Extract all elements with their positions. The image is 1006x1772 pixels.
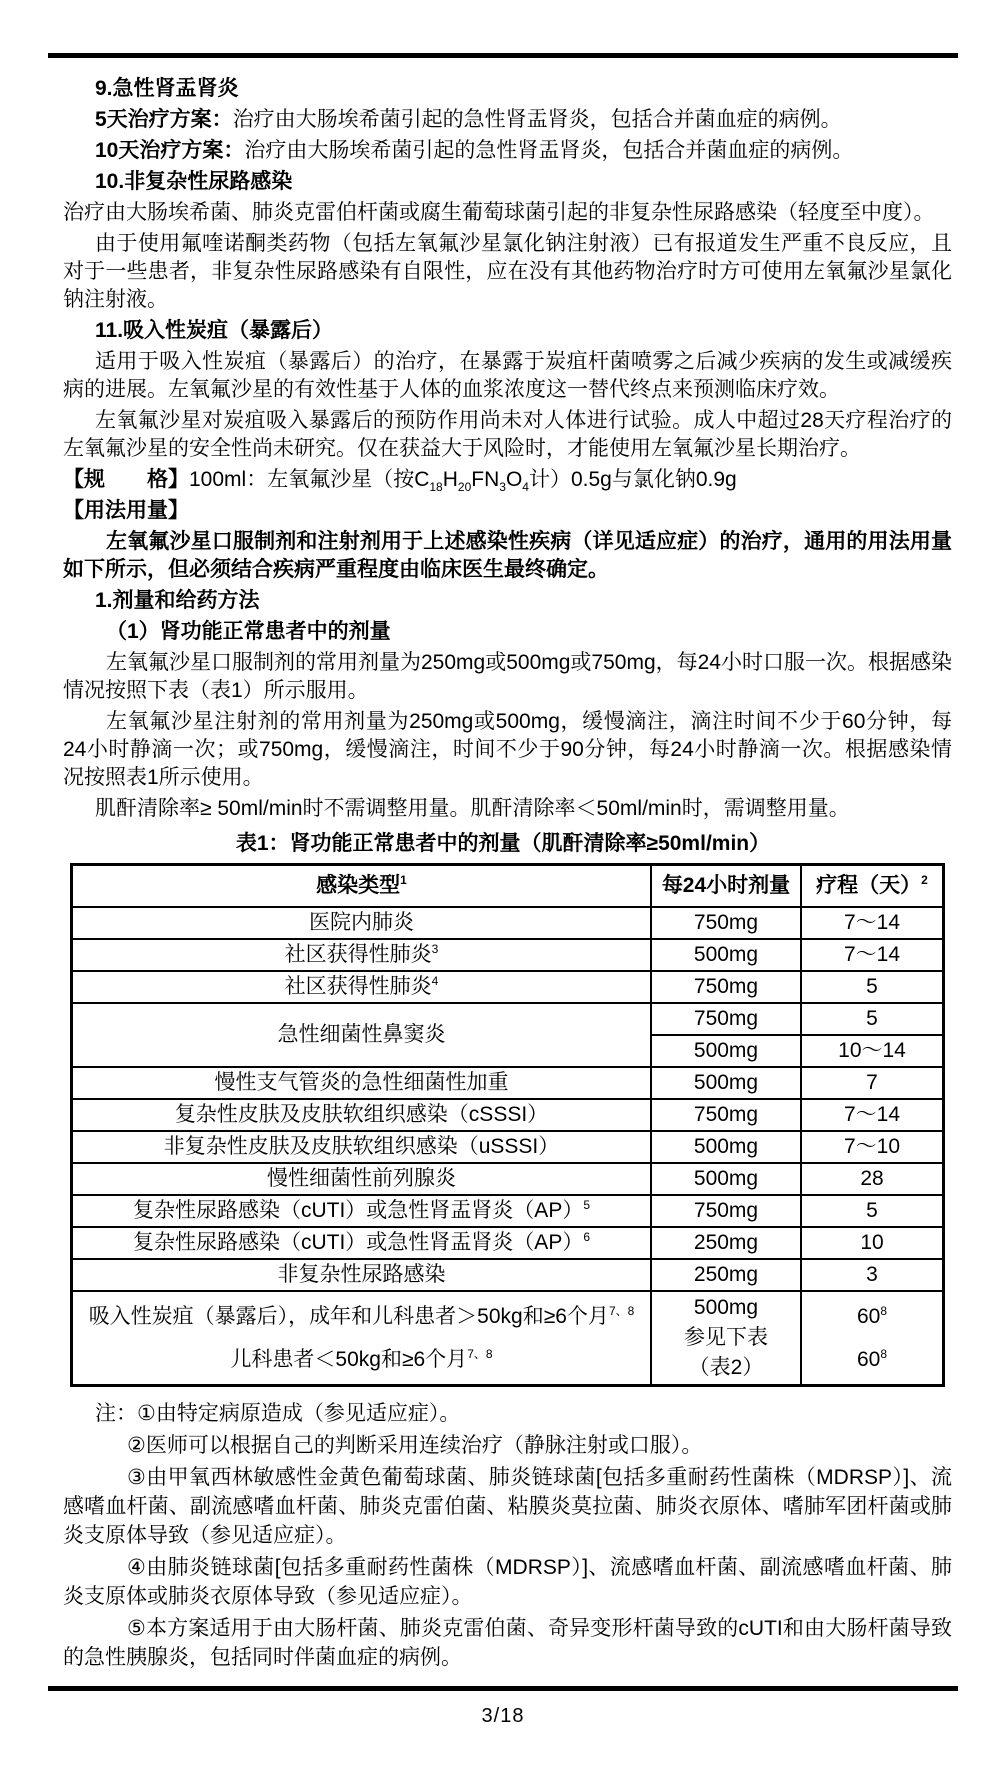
table-cell: 社区获得性肺炎4 <box>72 971 652 1003</box>
text-run: 7～14 <box>844 1103 900 1126</box>
text-run: 治疗由大肠埃希菌、肺炎克雷伯杆菌或腐生葡萄球菌引起的非复杂性尿路感染（轻度至中度… <box>63 201 935 224</box>
subscript: 20 <box>458 480 471 494</box>
text-run: O <box>506 468 522 491</box>
text-run: 750mg <box>694 975 758 998</box>
superscript: 4 <box>432 974 439 988</box>
text-run: 社区获得性肺炎 <box>285 975 432 998</box>
text-run: 慢性细菌性前列腺炎 <box>267 1167 456 1190</box>
heading-normal-renal: （1）肾功能正常患者中的剂量 <box>63 618 952 646</box>
table-row: 非复杂性尿路感染250mg3 <box>72 1259 944 1291</box>
text-run: 非复杂性尿路感染 <box>278 1263 446 1286</box>
table-cell: 5 <box>801 1003 944 1035</box>
table-cell: 社区获得性肺炎3 <box>72 939 652 971</box>
text-run: 10～14 <box>838 1039 906 1062</box>
table-cell: 7～14 <box>801 907 944 939</box>
note-2: ②医师可以根据自己的判断采用连续治疗（静脉注射或口服）。 <box>63 1431 952 1460</box>
text-run: 750mg <box>694 1103 758 1126</box>
text-run: 急性细菌性鼻窦炎 <box>278 1023 446 1046</box>
table-cell: 复杂性皮肤及皮肤软组织感染（cSSSI） <box>72 1099 652 1131</box>
subscript: 3 <box>499 480 506 494</box>
paragraph: 左氧氟沙星对炭疽吸入暴露后的预防作用尚未对人体进行试验。成人中超过28天疗程治疗… <box>63 407 952 463</box>
paragraph-5day: 5天治疗方案：治疗由大肠埃希菌引起的急性肾盂肾炎，包括合并菌血症的病例。 <box>63 106 952 134</box>
table-header-cell: 疗程（天）2 <box>801 865 944 908</box>
text-run: 复杂性皮肤及皮肤软组织感染（cSSSI） <box>175 1103 548 1126</box>
text-run: 11.吸入性炭疽（暴露后） <box>95 319 333 342</box>
table-cell: 非复杂性皮肤及皮肤软组织感染（uSSSI） <box>72 1131 652 1163</box>
top-border-rule <box>48 53 958 58</box>
text-run: 60 <box>857 1305 880 1328</box>
heading-dosage-method: 1.剂量和给药方法 <box>63 587 952 615</box>
text-run: 医院内肺炎 <box>309 911 414 934</box>
paragraph: 肌酐清除率≥ 50ml/min时不需调整用量。肌酐清除率＜50ml/min时，需… <box>63 795 952 823</box>
text-run: 10天治疗方案： <box>95 139 244 162</box>
table-cell: 复杂性尿路感染（cUTI）或急性肾盂肾炎（AP）5 <box>72 1195 652 1227</box>
superscript: 3 <box>432 942 439 956</box>
table-row: 社区获得性肺炎4750mg5 <box>72 971 944 1003</box>
text-run: 1.剂量和给药方法 <box>95 589 260 612</box>
text-run: 复杂性尿路感染（cUTI）或急性肾盂肾炎（AP） <box>133 1231 583 1254</box>
text-run: （表2） <box>689 1356 764 1379</box>
table-header-cell: 每24小时剂量 <box>651 865 801 908</box>
superscript: 2 <box>921 873 928 887</box>
dosage-table-body: 医院内肺炎750mg7～14社区获得性肺炎3500mg7～14社区获得性肺炎47… <box>72 907 944 1386</box>
text-run: 750mg <box>694 911 758 934</box>
table-cell: 急性细菌性鼻窦炎 <box>72 1003 652 1067</box>
text-run: 参见下表 <box>684 1326 768 1349</box>
note-4: ④由肺炎链球菌[包括多重耐药性菌株（MDRSP）]、流感嗜血杆菌、副流感嗜血杆菌… <box>63 1553 952 1611</box>
text-run: 【规 格】 <box>63 468 189 491</box>
table-cell: 500mg参见下表（表2） <box>651 1291 801 1386</box>
text-run: 5 <box>866 1007 878 1030</box>
text-run: 感染类型 <box>316 874 400 897</box>
table-row: 慢性支气管炎的急性细菌性加重500mg7 <box>72 1067 944 1099</box>
table-cell: 3 <box>801 1259 944 1291</box>
table-cell: 复杂性尿路感染（cUTI）或急性肾盂肾炎（AP）6 <box>72 1227 652 1259</box>
table-row: 非复杂性皮肤及皮肤软组织感染（uSSSI）500mg7～10 <box>72 1131 944 1163</box>
table-notes: 注：①由特定病原造成（参见适应症）。②医师可以根据自己的判断采用连续治疗（静脉注… <box>48 1399 958 1672</box>
document-page: 9.急性肾盂肾炎5天治疗方案：治疗由大肠埃希菌引起的急性肾盂肾炎，包括合并菌血症… <box>0 53 1006 1758</box>
table-cell: 500mg <box>651 1067 801 1099</box>
table-cell: 5 <box>801 971 944 1003</box>
text-run: 500mg <box>694 1071 758 1094</box>
table-cell: 500mg <box>651 1131 801 1163</box>
table-cell: 500mg <box>651 939 801 971</box>
text-run: 治疗由大肠埃希菌引起的急性肾盂肾炎，包括合并菌血症的病例。 <box>244 139 853 162</box>
text-run: 7～10 <box>844 1135 900 1158</box>
table-cell: 10～14 <box>801 1035 944 1067</box>
paragraph-10day: 10天治疗方案：治疗由大肠埃希菌引起的急性肾盂肾炎，包括合并菌血症的病例。 <box>63 137 952 165</box>
table-cell: 非复杂性尿路感染 <box>72 1259 652 1291</box>
table-cell: 5 <box>801 1195 944 1227</box>
table-row: 慢性细菌性前列腺炎500mg28 <box>72 1163 944 1195</box>
table-cell: 250mg <box>651 1227 801 1259</box>
text-run: 吸入性炭疽（暴露后），成年和儿科患者＞50kg和≥6个月 <box>89 1305 609 1328</box>
text-run: 由于使用氟喹诺酮类药物（包括左氧氟沙星氯化钠注射液）已有报道发生严重不良反应，且… <box>63 232 952 311</box>
text-run: 250mg <box>694 1263 758 1286</box>
text-run: FN <box>471 468 499 491</box>
text-run: ⑤本方案适用于由大肠杆菌、肺炎克雷伯菌、奇异变形杆菌导致的cUTI和由大肠杆菌导… <box>63 1617 952 1669</box>
table-row: 急性细菌性鼻窦炎750mg5 <box>72 1003 944 1035</box>
text-run: 计）0.5g与氯化钠0.9g <box>529 468 737 491</box>
text-run: 左氧氟沙星口服制剂的常用剂量为250mg或500mg或750mg，每24小时口服… <box>63 651 952 702</box>
superscript: 8 <box>880 1347 887 1361</box>
heading-usage: 【用法用量】 <box>63 497 952 525</box>
table-cell: 500mg <box>651 1035 801 1067</box>
text-run: 250mg <box>694 1231 758 1254</box>
table-cell: 608608 <box>801 1291 944 1386</box>
table-header-cell: 感染类型1 <box>72 865 652 908</box>
text-run: 500mg <box>694 1296 758 1319</box>
note-3: ③由甲氧西林敏感性金黄色葡萄球菌、肺炎链球菌[包括多重耐药性菌株（MDRSP）]… <box>63 1463 952 1550</box>
table-cell: 750mg <box>651 971 801 1003</box>
paragraph: 左氧氟沙星口服制剂的常用剂量为250mg或500mg或750mg，每24小时口服… <box>63 649 952 705</box>
paragraph: 由于使用氟喹诺酮类药物（包括左氧氟沙星氯化钠注射液）已有报道发生严重不良反应，且… <box>63 230 952 314</box>
note-5: ⑤本方案适用于由大肠杆菌、肺炎克雷伯菌、奇异变形杆菌导致的cUTI和由大肠杆菌导… <box>63 1614 952 1672</box>
text-run: 非复杂性皮肤及皮肤软组织感染（uSSSI） <box>164 1135 560 1158</box>
paragraph: 左氧氟沙星注射剂的常用剂量为250mg或500mg，缓慢滴注，滴注时间不少于60… <box>63 708 952 792</box>
text-run: 左氧氟沙星口服制剂和注射剂用于上述感染性疾病（详见适应症）的治疗，通用的用法用量… <box>63 530 952 581</box>
dosage-table: 感染类型1每24小时剂量疗程（天）2 医院内肺炎750mg7～14社区获得性肺炎… <box>70 863 945 1387</box>
text-run: 500mg <box>694 943 758 966</box>
table-cell: 750mg <box>651 907 801 939</box>
text-run: 10 <box>860 1231 883 1254</box>
superscript: 7、8 <box>609 1304 634 1318</box>
text-run: 儿科患者＜50kg和≥6个月 <box>230 1348 467 1371</box>
text-run: 疗程（天） <box>816 874 921 897</box>
text-run: 5 <box>866 975 878 998</box>
table-row: 吸入性炭疽（暴露后），成年和儿科患者＞50kg和≥6个月7、8儿科患者＜50kg… <box>72 1291 944 1386</box>
text-run: 28 <box>860 1167 883 1190</box>
table-cell: 750mg <box>651 1099 801 1131</box>
table-cell: 吸入性炭疽（暴露后），成年和儿科患者＞50kg和≥6个月7、8儿科患者＜50kg… <box>72 1291 652 1386</box>
superscript: 8 <box>880 1304 887 1318</box>
paragraph: 治疗由大肠埃希菌、肺炎克雷伯杆菌或腐生葡萄球菌引起的非复杂性尿路感染（轻度至中度… <box>63 199 952 227</box>
text-run: 750mg <box>694 1007 758 1030</box>
note-1: 注：①由特定病原造成（参见适应症）。 <box>63 1399 952 1428</box>
dosage-table-head: 感染类型1每24小时剂量疗程（天）2 <box>72 865 944 908</box>
heading-11: 11.吸入性炭疽（暴露后） <box>63 317 952 345</box>
text-run: 60 <box>857 1348 880 1371</box>
text-run: （1）肾功能正常患者中的剂量 <box>106 620 391 643</box>
table-cell: 医院内肺炎 <box>72 907 652 939</box>
table-cell: 750mg <box>651 1195 801 1227</box>
text-run: 【用法用量】 <box>63 499 189 522</box>
paragraph: 适用于吸入性炭疽（暴露后）的治疗，在暴露于炭疽杆菌喷雾之后减少疾病的发生或减缓疾… <box>63 348 952 404</box>
table-cell: 500mg <box>651 1163 801 1195</box>
subscript: 18 <box>429 480 442 494</box>
table-row: 医院内肺炎750mg7～14 <box>72 907 944 939</box>
table-row: 复杂性皮肤及皮肤软组织感染（cSSSI）750mg7～14 <box>72 1099 944 1131</box>
table-title: 表1：肾功能正常患者中的剂量（肌酐清除率≥50ml/min） <box>48 827 958 857</box>
text-run: 治疗由大肠埃希菌引起的急性肾盂肾炎，包括合并菌血症的病例。 <box>233 108 842 131</box>
table-cell: 7～14 <box>801 1099 944 1131</box>
text-run: 每24小时剂量 <box>662 874 790 897</box>
text-run: 500mg <box>694 1135 758 1158</box>
heading-9: 9.急性肾盂肾炎 <box>63 75 952 103</box>
text-run: 500mg <box>694 1167 758 1190</box>
table-header-row: 感染类型1每24小时剂量疗程（天）2 <box>72 865 944 908</box>
text-run: 复杂性尿路感染（cUTI）或急性肾盂肾炎（AP） <box>133 1199 583 1222</box>
table-row: 社区获得性肺炎3500mg7～14 <box>72 939 944 971</box>
table-cell: 7～10 <box>801 1131 944 1163</box>
table-cell: 10 <box>801 1227 944 1259</box>
spec-line: 【规 格】100ml：左氧氟沙星（按C18H20FN3O4计）0.5g与氯化钠0… <box>63 466 952 494</box>
text-run: 5天治疗方案： <box>95 108 233 131</box>
bottom-border-rule <box>48 1686 958 1691</box>
text-run: 7～14 <box>844 943 900 966</box>
table-row: 复杂性尿路感染（cUTI）或急性肾盂肾炎（AP）5750mg5 <box>72 1195 944 1227</box>
superscript: 5 <box>583 1198 590 1212</box>
heading-10: 10.非复杂性尿路感染 <box>63 168 952 196</box>
text-run: 750mg <box>694 1199 758 1222</box>
text-run: 100ml：左氧氟沙星（按C <box>189 468 429 491</box>
text-run: 3 <box>866 1263 878 1286</box>
table-cell: 慢性细菌性前列腺炎 <box>72 1163 652 1195</box>
table-cell: 250mg <box>651 1259 801 1291</box>
text-run: 10.非复杂性尿路感染 <box>95 170 292 193</box>
superscript: 7、8 <box>467 1347 492 1361</box>
text-run: 左氧氟沙星注射剂的常用剂量为250mg或500mg，缓慢滴注，滴注时间不少于60… <box>63 710 952 789</box>
table-cell: 7～14 <box>801 939 944 971</box>
text-run: 7 <box>866 1071 878 1094</box>
text-run: 左氧氟沙星对炭疽吸入暴露后的预防作用尚未对人体进行试验。成人中超过28天疗程治疗… <box>63 409 952 460</box>
table-cell: 7 <box>801 1067 944 1099</box>
page-number: 3/18 <box>48 1705 958 1728</box>
text-run: ④由肺炎链球菌[包括多重耐药性菌株（MDRSP）]、流感嗜血杆菌、副流感嗜血杆菌… <box>63 1556 952 1608</box>
table-row: 复杂性尿路感染（cUTI）或急性肾盂肾炎（AP）6250mg10 <box>72 1227 944 1259</box>
table-cell: 750mg <box>651 1003 801 1035</box>
text-run: 肌酐清除率≥ 50ml/min时不需调整用量。肌酐清除率＜50ml/min时，需… <box>95 797 850 820</box>
text-run: 500mg <box>694 1039 758 1062</box>
text-run: 适用于吸入性炭疽（暴露后）的治疗，在暴露于炭疽杆菌喷雾之后减少疾病的发生或减缓疾… <box>63 350 952 401</box>
text-run: 社区获得性肺炎 <box>285 943 432 966</box>
text-run: 7～14 <box>844 911 900 934</box>
document-body: 9.急性肾盂肾炎5天治疗方案：治疗由大肠埃希菌引起的急性肾盂肾炎，包括合并菌血症… <box>48 75 958 823</box>
text-run: ②医师可以根据自己的判断采用连续治疗（静脉注射或口服）。 <box>127 1434 702 1457</box>
text-run: 注：①由特定病原造成（参见适应症）。 <box>95 1402 460 1425</box>
superscript: 1 <box>400 873 407 887</box>
superscript: 6 <box>583 1230 590 1244</box>
subscript: 4 <box>522 480 529 494</box>
paragraph-usage-intro: 左氧氟沙星口服制剂和注射剂用于上述感染性疾病（详见适应症）的治疗，通用的用法用量… <box>63 528 952 584</box>
text-run: ③由甲氧西林敏感性金黄色葡萄球菌、肺炎链球菌[包括多重耐药性菌株（MDRSP）]… <box>63 1466 952 1547</box>
table-cell: 28 <box>801 1163 944 1195</box>
text-run: 慢性支气管炎的急性细菌性加重 <box>215 1071 509 1094</box>
table-cell: 慢性支气管炎的急性细菌性加重 <box>72 1067 652 1099</box>
text-run: 9.急性肾盂肾炎 <box>95 77 239 100</box>
text-run: H <box>443 468 458 491</box>
text-run: 5 <box>866 1199 878 1222</box>
